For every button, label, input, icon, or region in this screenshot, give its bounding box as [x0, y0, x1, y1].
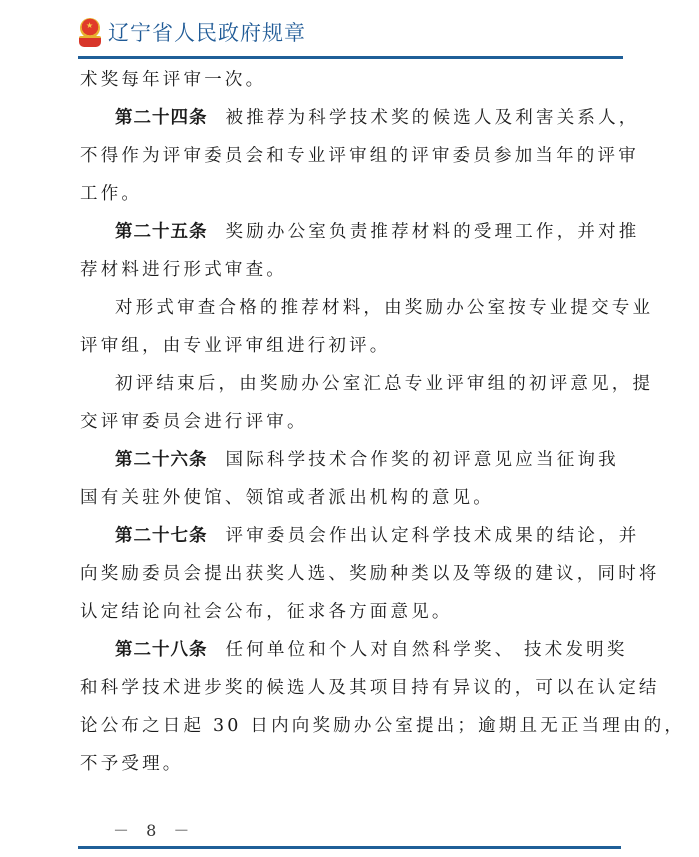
- line-text: 认定结论向社会公布，征求各方面意见。: [80, 602, 453, 622]
- line-text: 不予受理。: [80, 754, 184, 774]
- text-line: 对形式审查合格的推荐材料，由奖励办公室按专业提交专业: [80, 296, 625, 320]
- text-line: 和科学技术进步奖的候选人及其项目持有异议的，可以在认定结: [80, 676, 625, 700]
- article-line: 第二十五条奖励办公室负责推荐材料的受理工作，并对推: [80, 220, 625, 244]
- line-text: 评审组，由专业评审组进行初评。: [80, 336, 391, 356]
- line-text: 国际科学技术合作奖的初评意见应当征询我: [226, 450, 619, 470]
- text-line: 不予受理。: [80, 752, 625, 776]
- line-text: 荐材料进行形式审查。: [80, 260, 287, 280]
- document-header: ★ 辽宁省人民政府规章: [78, 14, 306, 50]
- article-line: 第二十四条被推荐为科学技术奖的候选人及利害关系人，: [80, 106, 625, 130]
- line-text: 向奖励委员会提出获奖人选、奖励种类以及等级的建议，同时将: [80, 564, 660, 584]
- text-line: 荐材料进行形式审查。: [80, 258, 625, 282]
- text-line: 论公布之日起 30 日内向奖励办公室提出；逾期且无正当理由的，: [80, 714, 625, 738]
- line-text: 和科学技术进步奖的候选人及其项目持有异议的，可以在认定结: [80, 678, 660, 698]
- line-text: 交评审委员会进行评审。: [80, 412, 308, 432]
- text-line: 不得作为评审委员会和专业评审组的评审委员参加当年的评审: [80, 144, 625, 168]
- article-line: 第二十七条评审委员会作出认定科学技术成果的结论，并: [80, 524, 625, 548]
- text-line: 评审组，由专业评审组进行初评。: [80, 334, 625, 358]
- text-line: 认定结论向社会公布，征求各方面意见。: [80, 600, 625, 624]
- line-text: 不得作为评审委员会和专业评审组的评审委员参加当年的评审: [80, 146, 639, 166]
- article-line: 第二十八条任何单位和个人对自然科学奖、 技术发明奖: [80, 638, 625, 662]
- article-number: 第二十六条: [115, 450, 208, 470]
- line-text: 初评结束后，由奖励办公室汇总专业评审组的初评意见，提: [115, 374, 653, 394]
- footer-divider: [78, 846, 621, 849]
- line-text: 被推荐为科学技术奖的候选人及利害关系人，: [226, 108, 640, 128]
- text-line: 工作。: [80, 182, 625, 206]
- text-line: 术奖每年评审一次。: [80, 68, 625, 92]
- line-text: 论公布之日起 30 日内向奖励办公室提出；逾期且无正当理由的，: [80, 716, 685, 736]
- article-line: 第二十六条国际科学技术合作奖的初评意见应当征询我: [80, 448, 625, 472]
- article-number: 第二十八条: [115, 640, 208, 660]
- page-number: － 8 －: [113, 818, 195, 841]
- article-number: 第二十五条: [115, 222, 208, 242]
- text-line: 初评结束后，由奖励办公室汇总专业评审组的初评意见，提: [80, 372, 625, 396]
- line-text: 评审委员会作出认定科学技术成果的结论，并: [226, 526, 640, 546]
- line-text: 术奖每年评审一次。: [80, 70, 266, 90]
- text-line: 交评审委员会进行评审。: [80, 410, 625, 434]
- line-text: 任何单位和个人对自然科学奖、 技术发明奖: [226, 640, 628, 660]
- article-number: 第二十四条: [115, 108, 208, 128]
- national-emblem-icon: ★: [78, 18, 102, 46]
- text-line: 向奖励委员会提出获奖人选、奖励种类以及等级的建议，同时将: [80, 562, 625, 586]
- article-number: 第二十七条: [115, 526, 208, 546]
- line-text: 工作。: [80, 184, 142, 204]
- line-text: 奖励办公室负责推荐材料的受理工作，并对推: [226, 222, 640, 242]
- line-text: 国有关驻外使馆、领馆或者派出机构的意见。: [80, 488, 494, 508]
- header-divider: [78, 56, 623, 59]
- text-line: 国有关驻外使馆、领馆或者派出机构的意见。: [80, 486, 625, 510]
- header-title: 辽宁省人民政府规章: [108, 17, 306, 47]
- line-text: 对形式审查合格的推荐材料，由奖励办公室按专业提交专业: [115, 298, 653, 318]
